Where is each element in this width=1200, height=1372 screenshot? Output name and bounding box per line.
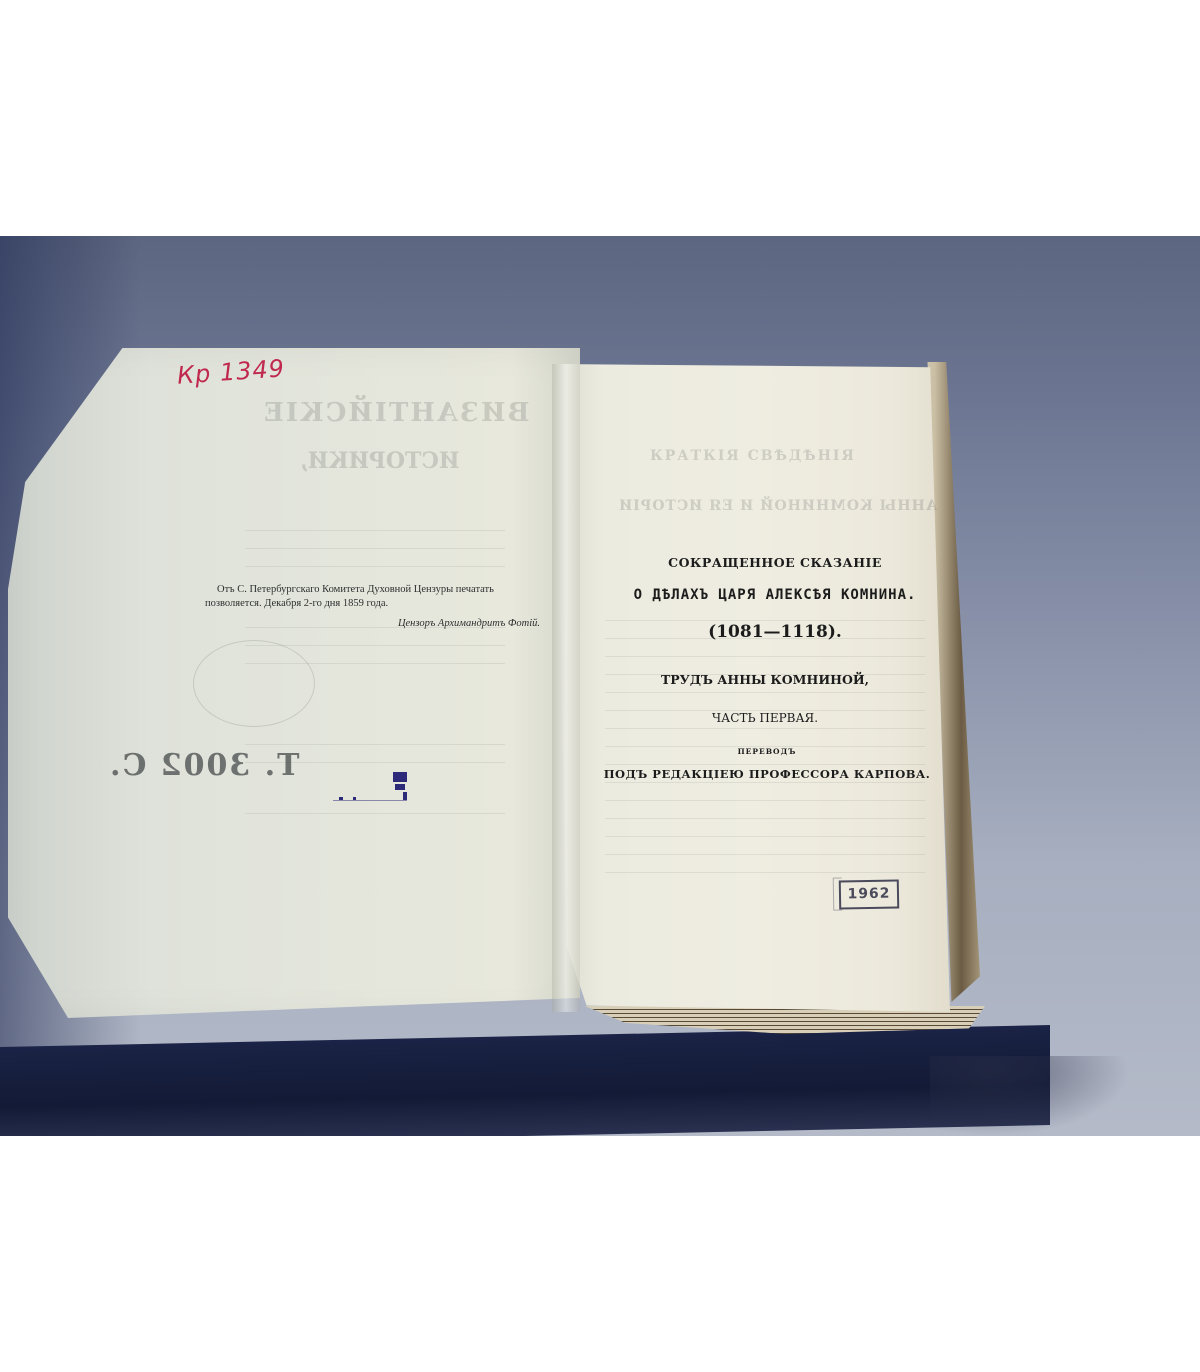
faint-round-stamp [193,640,315,727]
title-line-1: СОКРАЩЕННОЕ СКАЗАНІЕ [600,555,950,570]
censor-line-1: Отъ С. Петербургскаго Комитета Духовной … [205,583,540,597]
title-translation-label: ПЕРЕВОДЪ [592,747,942,756]
left-ghost-subtitle: ИСТОРИКИ, [300,448,460,474]
book-shadow [0,1025,1050,1136]
right-ghost-line: АННЫ КОМНИНОЙ И ЕЯ ИСТОРІИ [618,498,937,514]
title-author: ТРУДЪ АННЫ КОМНИНОЙ, [590,672,940,687]
censor-line-2: позволяется. Декабря 2-го дня 1859 года. [205,597,540,611]
blue-library-stamp [333,770,413,802]
mirrored-shelfmark: Т. 3002 С. [108,748,299,783]
title-editor: ПОДЪ РЕДАКЦІЕЮ ПРОФЕССОРА КАРПОВА. [592,767,942,781]
censor-signature: Цензоръ Архимандритъ Фотій. [205,617,540,631]
title-part: ЧАСТЬ ПЕРВАЯ. [590,711,940,725]
title-line-2: О ДѢЛАХЪ ЦАРЯ АЛЕКСѢЯ КОМНИНА. [600,587,950,603]
inventory-stamp: 1962 [839,879,899,909]
book-spine [552,364,580,1012]
right-ghost-subtitle: КРАТКІЯ СВѢДѢНІЯ [650,448,856,464]
left-ghost-title: ВИЗАНТІЙСКІЕ [262,398,529,428]
title-years: (1081—1118). [600,622,950,642]
censor-approval-note: Отъ С. Петербургскаго Комитета Духовной … [205,583,540,631]
book-shadow-right [930,1056,1130,1136]
